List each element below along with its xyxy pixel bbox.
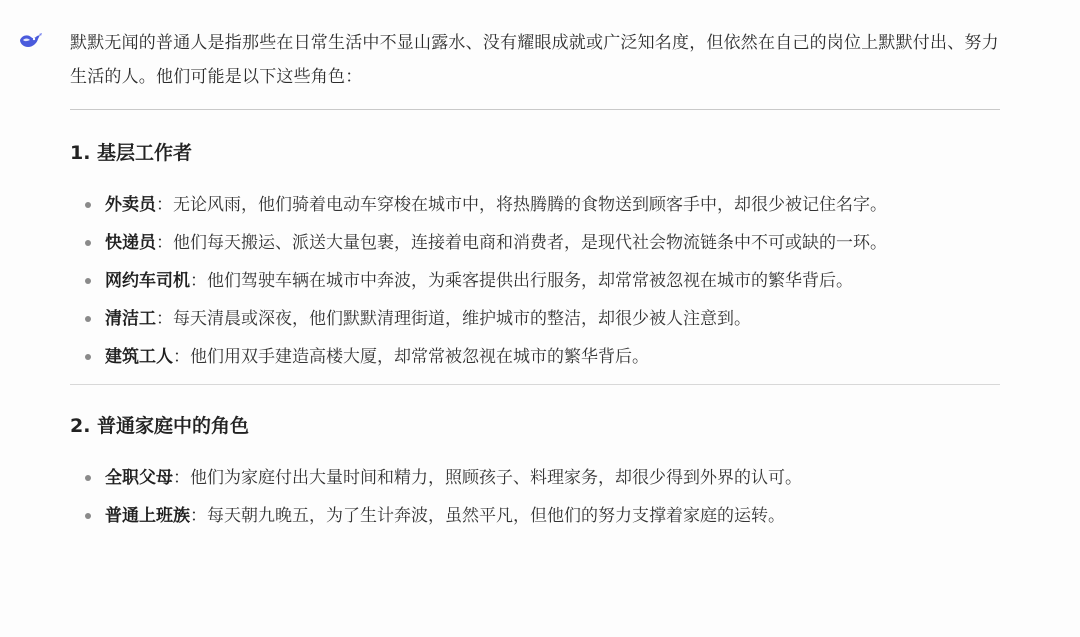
list-item: 建筑工人：他们用双手建造高楼大厦，却常常被忽视在城市的繁华背后。 <box>70 340 985 374</box>
assistant-message: 默默无闻的普通人是指那些在日常生活中不显山露水、没有耀眼成就或广泛知名度，但依然… <box>0 0 1080 637</box>
bullet-icon <box>85 316 91 322</box>
list-item: 普通上班族：每天朝九晚五，为了生计奔波，虽然平凡，但他们的努力支撑着家庭的运转。 <box>70 499 985 533</box>
section-family-roles: 2. 普通家庭中的角色 全职父母：他们为家庭付出大量时间和精力，照顾孩子、料理家… <box>70 413 1005 533</box>
item-separator: ： <box>156 233 173 253</box>
list-item: 外卖员：无论风雨，他们骑着电动车穿梭在城市中，将热腾腾的食物送到顾客手中，却很少… <box>70 188 985 222</box>
item-text: 无论风雨，他们骑着电动车穿梭在城市中，将热腾腾的食物送到顾客手中，却很少被记住名… <box>173 195 887 215</box>
list-item: 清洁工：每天清晨或深夜，他们默默清理街道，维护城市的整洁，却很少被人注意到。 <box>70 302 985 336</box>
divider <box>70 109 1000 110</box>
item-separator: ： <box>156 309 173 329</box>
item-text: 他们驾驶车辆在城市中奔波，为乘客提供出行服务，却常常被忽视在城市的繁华背后。 <box>207 271 853 291</box>
section-title: 1. 基层工作者 <box>70 140 1005 166</box>
list-item: 全职父母：他们为家庭付出大量时间和精力，照顾孩子、料理家务，却很少得到外界的认可… <box>70 461 985 495</box>
item-separator: ： <box>156 195 173 215</box>
item-term: 清洁工 <box>105 309 156 329</box>
bullet-icon <box>85 513 91 519</box>
intro-paragraph: 默默无闻的普通人是指那些在日常生活中不显山露水、没有耀眼成就或广泛知名度，但依然… <box>70 26 1005 94</box>
item-text: 他们每天搬运、派送大量包裹，连接着电商和消费者，是现代社会物流链条中不可或缺的一… <box>173 233 887 253</box>
section-title: 2. 普通家庭中的角色 <box>70 413 1005 439</box>
item-term: 快递员 <box>105 233 156 253</box>
item-text: 每天清晨或深夜，他们默默清理街道，维护城市的整洁，却很少被人注意到。 <box>173 309 751 329</box>
assistant-logo-icon <box>18 32 44 52</box>
item-term: 网约车司机 <box>105 271 190 291</box>
item-text: 他们用双手建造高楼大厦，却常常被忽视在城市的繁华背后。 <box>190 347 649 367</box>
bullet-list: 全职父母：他们为家庭付出大量时间和精力，照顾孩子、料理家务，却很少得到外界的认可… <box>70 461 1005 533</box>
item-separator: ： <box>190 506 207 526</box>
bullet-list: 外卖员：无论风雨，他们骑着电动车穿梭在城市中，将热腾腾的食物送到顾客手中，却很少… <box>70 188 1005 374</box>
bullet-icon <box>85 475 91 481</box>
section-grassroots-workers: 1. 基层工作者 外卖员：无论风雨，他们骑着电动车穿梭在城市中，将热腾腾的食物送… <box>70 140 1005 374</box>
item-term: 普通上班族 <box>105 506 190 526</box>
message-content: 默默无闻的普通人是指那些在日常生活中不显山露水、没有耀眼成就或广泛知名度，但依然… <box>70 26 1005 537</box>
item-term: 外卖员 <box>105 195 156 215</box>
list-item: 网约车司机：他们驾驶车辆在城市中奔波，为乘客提供出行服务，却常常被忽视在城市的繁… <box>70 264 985 298</box>
bullet-icon <box>85 202 91 208</box>
item-separator: ： <box>190 271 207 291</box>
bullet-icon <box>85 278 91 284</box>
item-text: 他们为家庭付出大量时间和精力，照顾孩子、料理家务，却很少得到外界的认可。 <box>190 468 802 488</box>
item-term: 建筑工人 <box>105 347 173 367</box>
bullet-icon <box>85 240 91 246</box>
list-item: 快递员：他们每天搬运、派送大量包裹，连接着电商和消费者，是现代社会物流链条中不可… <box>70 226 985 260</box>
item-separator: ： <box>173 347 190 367</box>
item-separator: ： <box>173 468 190 488</box>
bullet-icon <box>85 354 91 360</box>
item-term: 全职父母 <box>105 468 173 488</box>
item-text: 每天朝九晚五，为了生计奔波，虽然平凡，但他们的努力支撑着家庭的运转。 <box>207 506 785 526</box>
divider <box>70 384 1000 385</box>
